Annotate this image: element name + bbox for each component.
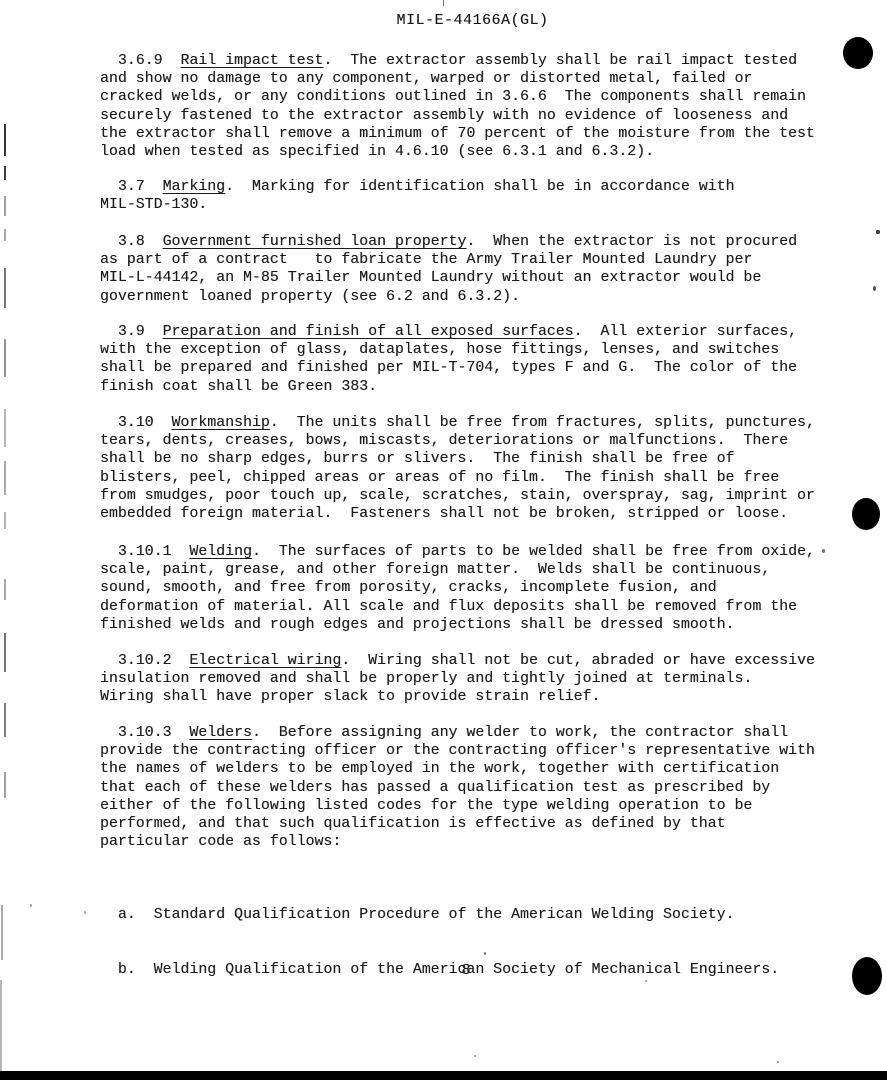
section-number: 3.9 [100, 324, 163, 340]
section-title: Marking [163, 179, 226, 195]
section-number: 3.10.1 [100, 544, 189, 560]
list-item-text: Standard Qualification Procedure of the … [154, 907, 735, 923]
list-item-a: a. Standard Qualification Procedure of t… [100, 906, 848, 924]
scan-mark [4, 461, 6, 495]
paragraph-3-8: 3.8 Government furnished loan property. … [100, 233, 848, 306]
speck [30, 904, 32, 907]
paragraph-3-10-3: 3.10.3 Welders. Before assigning any wel… [100, 724, 848, 851]
speck [443, 0, 444, 6]
paragraph-3-10: 3.10 Workmanship. The units shall be fre… [100, 414, 848, 523]
scan-mark [4, 579, 6, 600]
scan-mark [0, 980, 2, 1071]
welding-code-list: a. Standard Qualification Procedure of t… [100, 870, 848, 1016]
binder-hole-mark-bottom [852, 957, 882, 995]
section-title: Welding [189, 544, 252, 560]
scan-mark [4, 409, 6, 447]
section-title: Rail impact test [180, 53, 323, 69]
section-title: Welders [189, 725, 252, 741]
list-item-label: a. [100, 907, 154, 923]
paragraph-3-6-9: 3.6.9 Rail impact test. The extractor as… [100, 52, 848, 161]
scan-mark [4, 229, 6, 241]
section-title: Workmanship [172, 415, 270, 431]
scan-mark [4, 703, 6, 737]
speck [822, 549, 825, 553]
section-number: 3.8 [100, 234, 163, 250]
section-number: 3.7 [100, 179, 163, 195]
list-item-label: b. [100, 962, 154, 978]
scan-mark [4, 512, 6, 529]
scan-mark [4, 166, 6, 180]
paragraph-3-10-2: 3.10.2 Electrical wiring. Wiring shall n… [100, 652, 848, 707]
paragraph-3-7: 3.7 Marking. Marking for identification … [100, 178, 848, 214]
speck [84, 911, 86, 914]
section-number: 3.10.3 [100, 725, 189, 741]
binder-hole-mark-top [843, 37, 873, 69]
speck [873, 286, 876, 291]
scan-mark [4, 124, 6, 156]
section-title: Government furnished loan property [163, 234, 467, 250]
scan-mark [4, 196, 6, 216]
scan-mark [4, 339, 6, 377]
scanned-document-page: MIL-E-44166A(GL) 3.6.9 Rail impact test.… [0, 0, 887, 1080]
paragraph-3-10-1: 3.10.1 Welding. The surfaces of parts to… [100, 543, 848, 634]
section-body: . The units shall be free from fractures… [100, 415, 815, 522]
speck [645, 980, 647, 982]
scan-mark [4, 772, 6, 798]
binder-hole-mark-middle [852, 498, 880, 530]
speck [876, 230, 880, 234]
scan-mark [4, 268, 6, 308]
section-number: 3.10.2 [100, 653, 189, 669]
speck [777, 1061, 779, 1063]
scan-mark [4, 633, 6, 672]
speck [474, 1055, 476, 1057]
section-body: . Before assigning any welder to work, t… [100, 725, 815, 850]
section-title: Preparation and finish of all exposed su… [163, 324, 574, 340]
scan-mark [1, 905, 3, 960]
scan-edge-bar [0, 1071, 887, 1080]
section-title: Electrical wiring [189, 653, 341, 669]
speck [484, 952, 486, 955]
page-number: 8 [430, 962, 502, 980]
section-number: 3.6.9 [100, 53, 180, 69]
paragraph-3-9: 3.9 Preparation and finish of all expose… [100, 323, 848, 396]
section-number: 3.10 [100, 415, 172, 431]
document-id-header: MIL-E-44166A(GL) [100, 11, 845, 31]
section-body: . The extractor assembly shall be rail i… [100, 53, 815, 160]
